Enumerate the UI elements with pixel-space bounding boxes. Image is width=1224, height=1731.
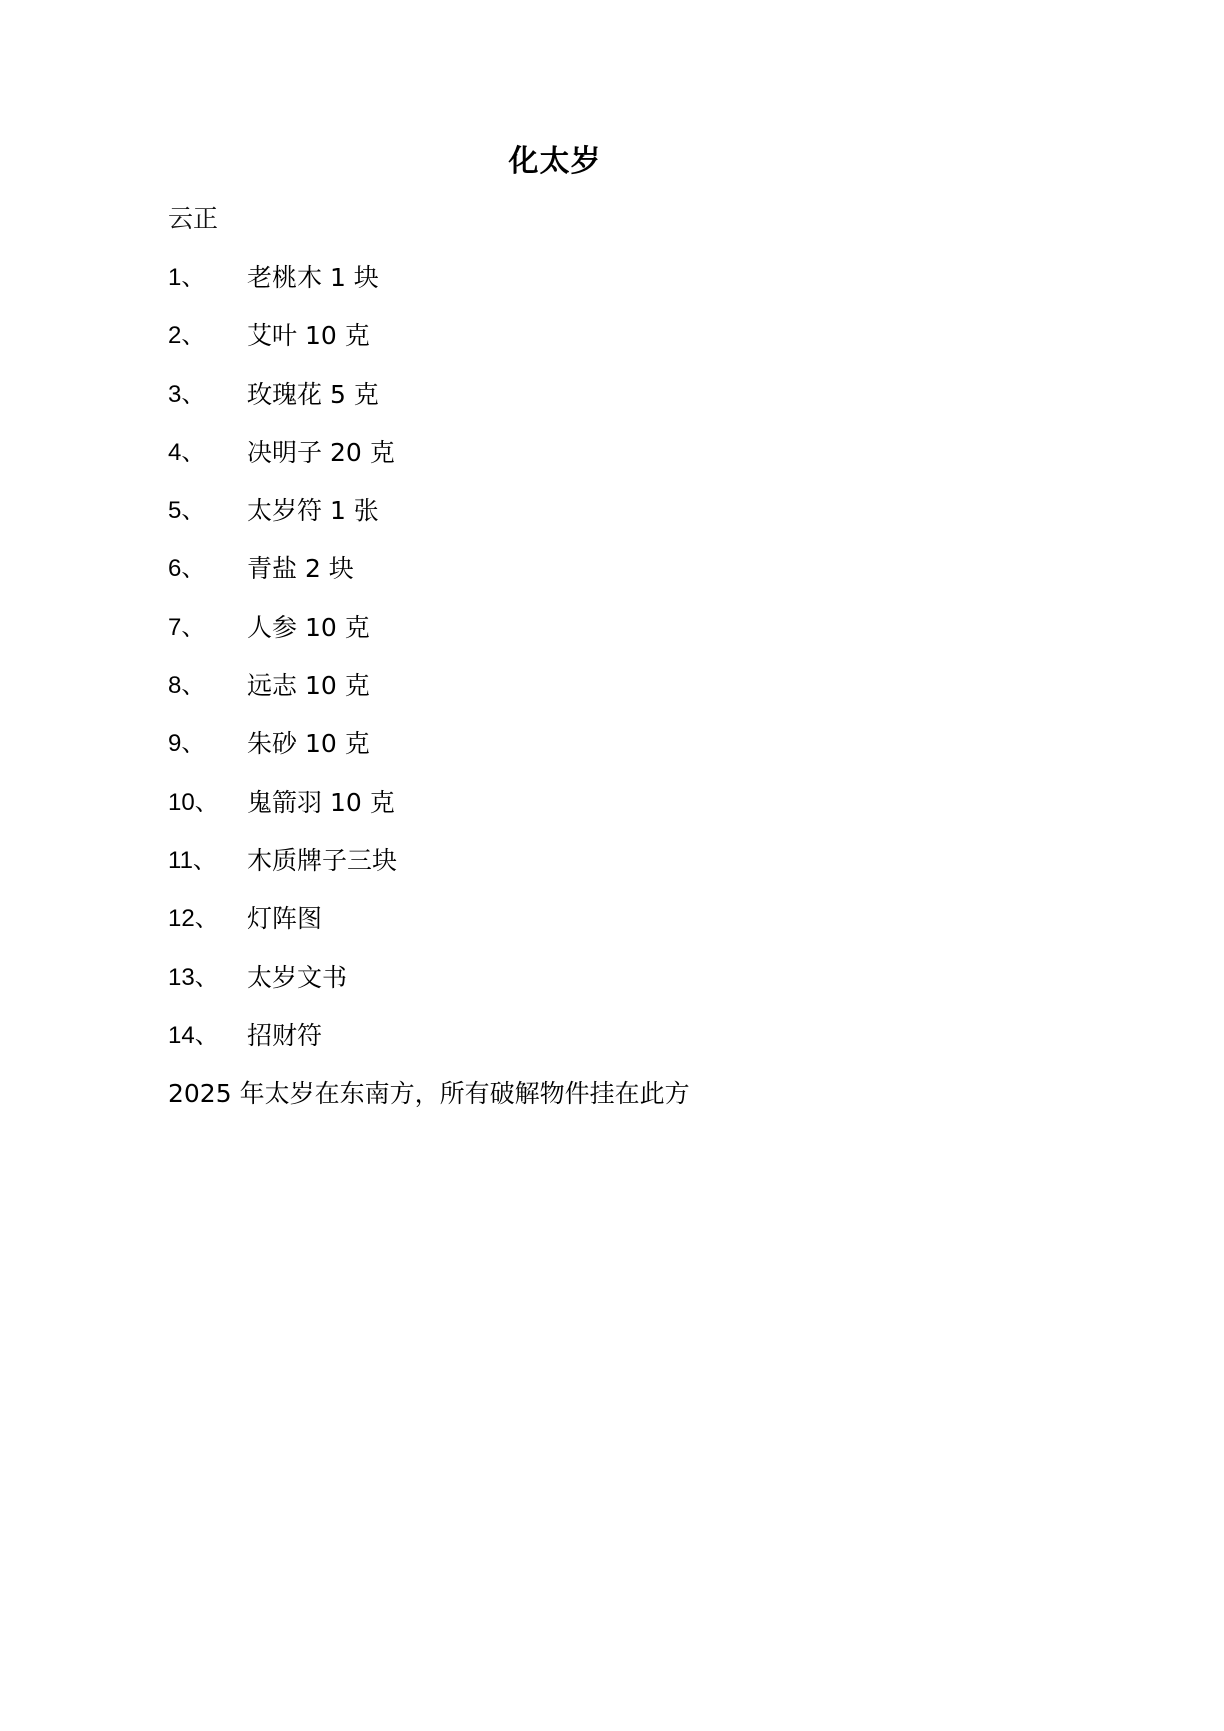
list-item: 9、 朱砂 10 克 [168, 727, 397, 785]
closing-note: 2025 年太岁在东南方，所有破解物件挂在此方 [168, 1077, 690, 1111]
item-number: 2、 [168, 319, 247, 353]
item-number: 6、 [168, 552, 247, 586]
item-text: 太岁符 1 张 [247, 494, 379, 528]
item-text: 太岁文书 [247, 961, 347, 995]
item-number: 5、 [168, 494, 247, 528]
document-page: 化太岁 云正 1、 老桃木 1 块 2、 艾叶 10 克 3、 玫瑰花 5 克 … [0, 0, 1224, 1731]
list-item: 6、 青盐 2 块 [168, 552, 397, 610]
item-text: 朱砂 10 克 [247, 727, 370, 761]
item-text: 木质牌子三块 [247, 844, 397, 878]
document-author: 云正 [168, 202, 218, 236]
list-item: 14、 招财符 [168, 1019, 397, 1077]
item-text: 玫瑰花 5 克 [247, 378, 379, 412]
item-text: 决明子 20 克 [247, 436, 395, 470]
item-number: 9、 [168, 727, 247, 761]
item-number: 3、 [168, 378, 247, 412]
document-title: 化太岁 [0, 142, 1110, 182]
item-list: 1、 老桃木 1 块 2、 艾叶 10 克 3、 玫瑰花 5 克 4、 决明子 … [168, 261, 397, 1077]
list-item: 13、 太岁文书 [168, 961, 397, 1019]
list-item: 4、 决明子 20 克 [168, 436, 397, 494]
list-item: 8、 远志 10 克 [168, 669, 397, 727]
item-text: 人参 10 克 [247, 611, 370, 645]
item-number: 7、 [168, 611, 247, 645]
list-item: 10、 鬼箭羽 10 克 [168, 786, 397, 844]
list-item: 1、 老桃木 1 块 [168, 261, 397, 319]
item-text: 招财符 [247, 1019, 322, 1053]
list-item: 2、 艾叶 10 克 [168, 319, 397, 377]
item-text: 灯阵图 [247, 902, 322, 936]
item-number: 11、 [168, 844, 247, 878]
item-text: 老桃木 1 块 [247, 261, 379, 295]
list-item: 11、 木质牌子三块 [168, 844, 397, 902]
item-number: 10、 [168, 786, 247, 820]
item-number: 12、 [168, 902, 247, 936]
item-number: 1、 [168, 261, 247, 295]
item-text: 鬼箭羽 10 克 [247, 786, 395, 820]
item-text: 青盐 2 块 [247, 552, 354, 586]
list-item: 3、 玫瑰花 5 克 [168, 378, 397, 436]
list-item: 12、 灯阵图 [168, 902, 397, 960]
list-item: 7、 人参 10 克 [168, 611, 397, 669]
item-number: 8、 [168, 669, 247, 703]
item-number: 14、 [168, 1019, 247, 1053]
list-item: 5、 太岁符 1 张 [168, 494, 397, 552]
item-text: 远志 10 克 [247, 669, 370, 703]
item-number: 13、 [168, 961, 247, 995]
item-text: 艾叶 10 克 [247, 319, 370, 353]
item-number: 4、 [168, 436, 247, 470]
